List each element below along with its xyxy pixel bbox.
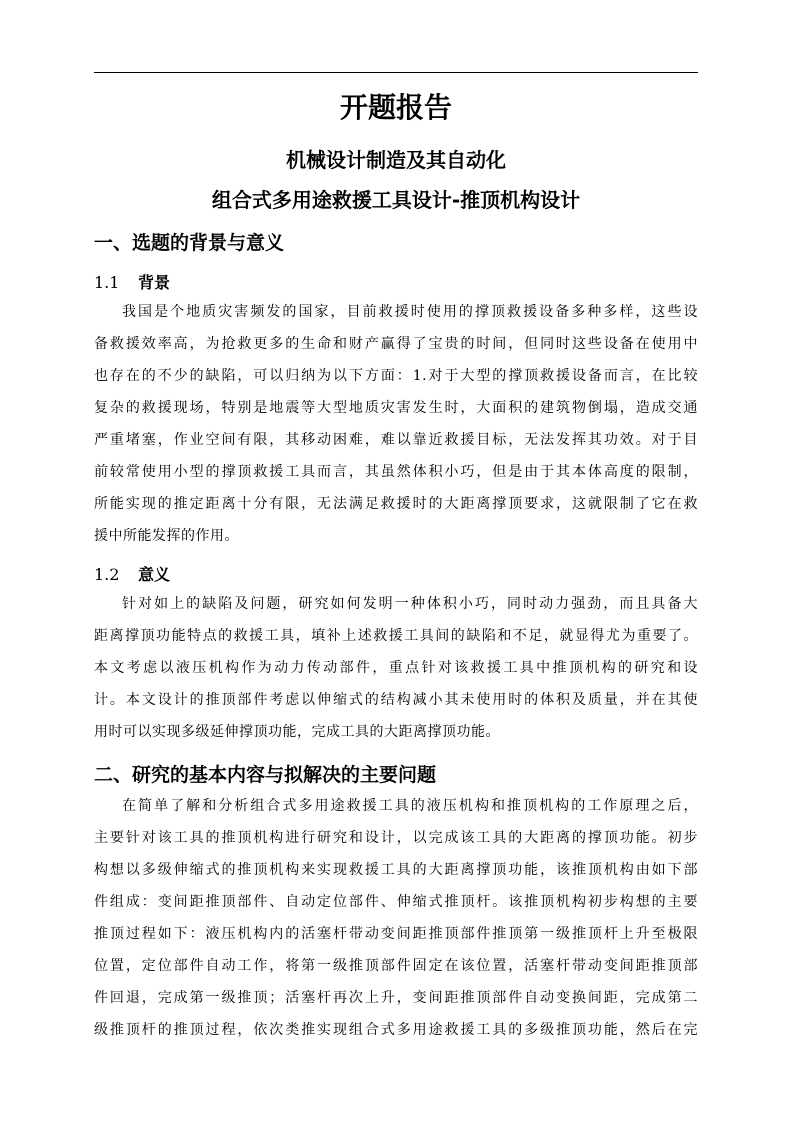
document-subtitle-major: 机械设计制造及其自动化: [94, 146, 698, 174]
subsection-label: 背景: [138, 273, 170, 292]
paragraph-line: 备救援效率高，为抢救更多的生命和财产赢得了宝贵的时间，但同时这些设备在使用中: [94, 334, 698, 354]
subsection-label: 意义: [138, 565, 170, 584]
subsection-heading: 1.1背景: [94, 272, 170, 294]
paragraph-line: 主要针对该工具的推顶机构进行研究和设计，以完成该工具的大距离的撑顶功能。初步: [94, 828, 698, 848]
section-heading: 二、研究的基本内容与拟解决的主要问题: [94, 762, 436, 788]
paragraph-line: 在简单了解和分析组合式多用途救援工具的液压机构和推顶机构的工作原理之后，: [122, 796, 698, 816]
paragraph-line: 我国是个地质灾害频发的国家，目前救援时使用的撑顶救援设备多种多样，这些设: [122, 302, 698, 322]
paragraph-line: 也存在的不少的缺陷，可以归纳为以下方面：1.对于大型的撑顶救援设备而言，在比较: [94, 366, 698, 386]
paragraph-line: 前较常使用小型的撑顶救援工具而言，其虽然体积小巧，但是由于其本体高度的限制，: [94, 462, 698, 482]
paragraph-line: 复杂的救援现场，特别是地震等大型地质灾害发生时，大面积的建筑物倒塌，造成交通: [94, 398, 698, 418]
paragraph-line: 构想以多级伸缩式的推顶机构来实现救援工具的大距离撑顶功能，该推顶机构由如下部: [94, 860, 698, 880]
document-subtitle-topic: 组合式多用途救援工具设计-推顶机构设计: [94, 186, 698, 214]
paragraph-line: 计。本文设计的推顶部件考虑以伸缩式的结构减小其未使用时的体积及质量，并在其使: [94, 690, 698, 710]
subsection-heading: 1.2意义: [94, 564, 170, 586]
subsection-number: 1.1: [94, 272, 138, 294]
section-heading: 一、选题的背景与意义: [94, 230, 284, 256]
paragraph-line: 严重堵塞，作业空间有限，其移动困难，难以靠近救援目标，无法发挥其功效。对于目: [94, 430, 698, 450]
document-title: 开题报告: [94, 88, 698, 128]
paragraph-line: 本文考虑以液压机构作为动力传动部件，重点针对该救援工具中推顶机构的研究和设: [94, 658, 698, 678]
paragraph-line: 件回退，完成第一级推顶；活塞杆再次上升，变间距推顶部件自动变换间距，完成第二: [94, 988, 698, 1008]
paragraph-line: 针对如上的缺陷及问题，研究如何发明一种体积小巧，同时动力强劲，而且具备大: [122, 594, 698, 614]
paragraph-line: 推顶过程如下：液压机构内的活塞杆带动变间距推顶部件推顶第一级推顶杆上升至极限: [94, 924, 698, 944]
subsection-number: 1.2: [94, 564, 138, 586]
paragraph-line: 距离撑顶功能特点的救援工具，填补上述救援工具间的缺陷和不足，就显得尤为重要了。: [94, 626, 698, 646]
paragraph-line: 级推顶杆的推顶过程，依次类推实现组合式多用途救援工具的多级推顶功能，然后在完: [94, 1020, 698, 1040]
paragraph-line: 所能实现的推定距离十分有限，无法满足救援时的大距离撑顶要求，这就限制了它在救: [94, 494, 698, 514]
paragraph-line: 用时可以实现多级延伸撑顶功能，完成工具的大距离撑顶功能。: [94, 722, 698, 742]
paragraph-line: 位置，定位部件自动工作，将第一级推顶部件固定在该位置，活塞杆带动变间距推顶部: [94, 956, 698, 976]
paragraph-line: 援中所能发挥的作用。: [94, 526, 698, 546]
paragraph-line: 件组成：变间距推顶部件、自动定位部件、伸缩式推顶杆。该推顶机构初步构想的主要: [94, 892, 698, 912]
header-rule: [94, 72, 698, 73]
